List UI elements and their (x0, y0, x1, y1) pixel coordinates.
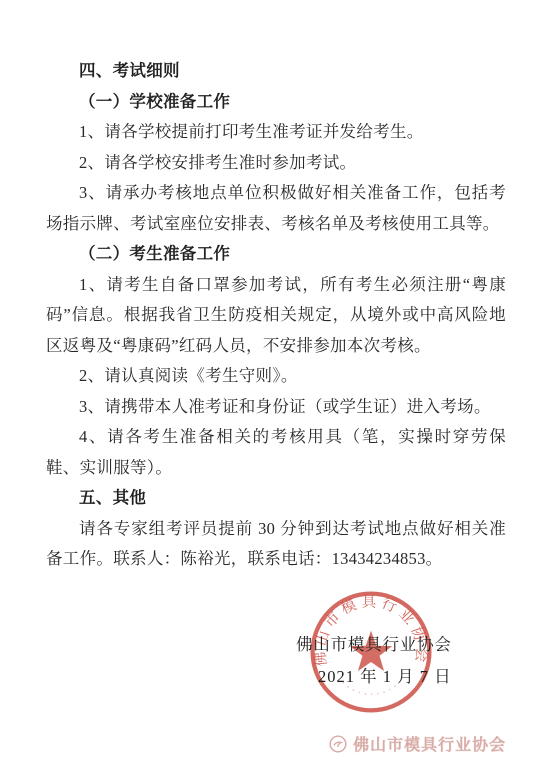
sub2-item-4: 4、请各考生准备相关的考核用具（笔，实操时穿劳保鞋、实训服等）。 (46, 422, 506, 483)
sub2-item-2: 2、请认真阅读《考生守则》。 (46, 361, 506, 392)
section-5-heading: 五、其他 (46, 483, 506, 514)
signature-organization: 佛山市模具行业协会 (296, 631, 452, 655)
sub2-item-1: 1、请考生自备口罩参加考试，所有考生必须注册“粤康码”信息。根据我省卫生防疫相关… (46, 270, 506, 362)
subsection-1-heading: （一）学校准备工作 (46, 87, 506, 118)
section-4-heading: 四、考试细则 (46, 56, 506, 87)
footer-watermark: 佛山市模具行业协会 (328, 732, 506, 755)
subsection-2-heading: （二）考生准备工作 (46, 239, 506, 270)
sub1-item-3: 3、请承办考核地点单位积极做好相关准备工作，包括考场指示牌、考试室座位安排表、考… (46, 178, 506, 239)
sub1-item-1: 1、请各学校提前打印考生准考证并发给考生。 (46, 117, 506, 148)
signature-date: 2021 年 1 月 7 日 (318, 663, 452, 687)
association-logo-icon (328, 734, 348, 754)
document-body: 四、考试细则 （一）学校准备工作 1、请各学校提前打印考生准考证并发给考生。 2… (46, 56, 506, 575)
scanned-document-page: 四、考试细则 （一）学校准备工作 1、请各学校提前打印考生准考证并发给考生。 2… (0, 0, 550, 764)
sub1-item-2: 2、请各学校安排考生准时参加考试。 (46, 148, 506, 179)
watermark-text: 佛山市模具行业协会 (353, 732, 506, 755)
section-5-paragraph: 请各专家组考评员提前 30 分钟到达考试地点做好相关准备工作。联系人：陈裕光，联… (46, 514, 506, 575)
sub2-item-3: 3、请携带本人准考证和身份证（或学生证）进入考场。 (46, 392, 506, 423)
